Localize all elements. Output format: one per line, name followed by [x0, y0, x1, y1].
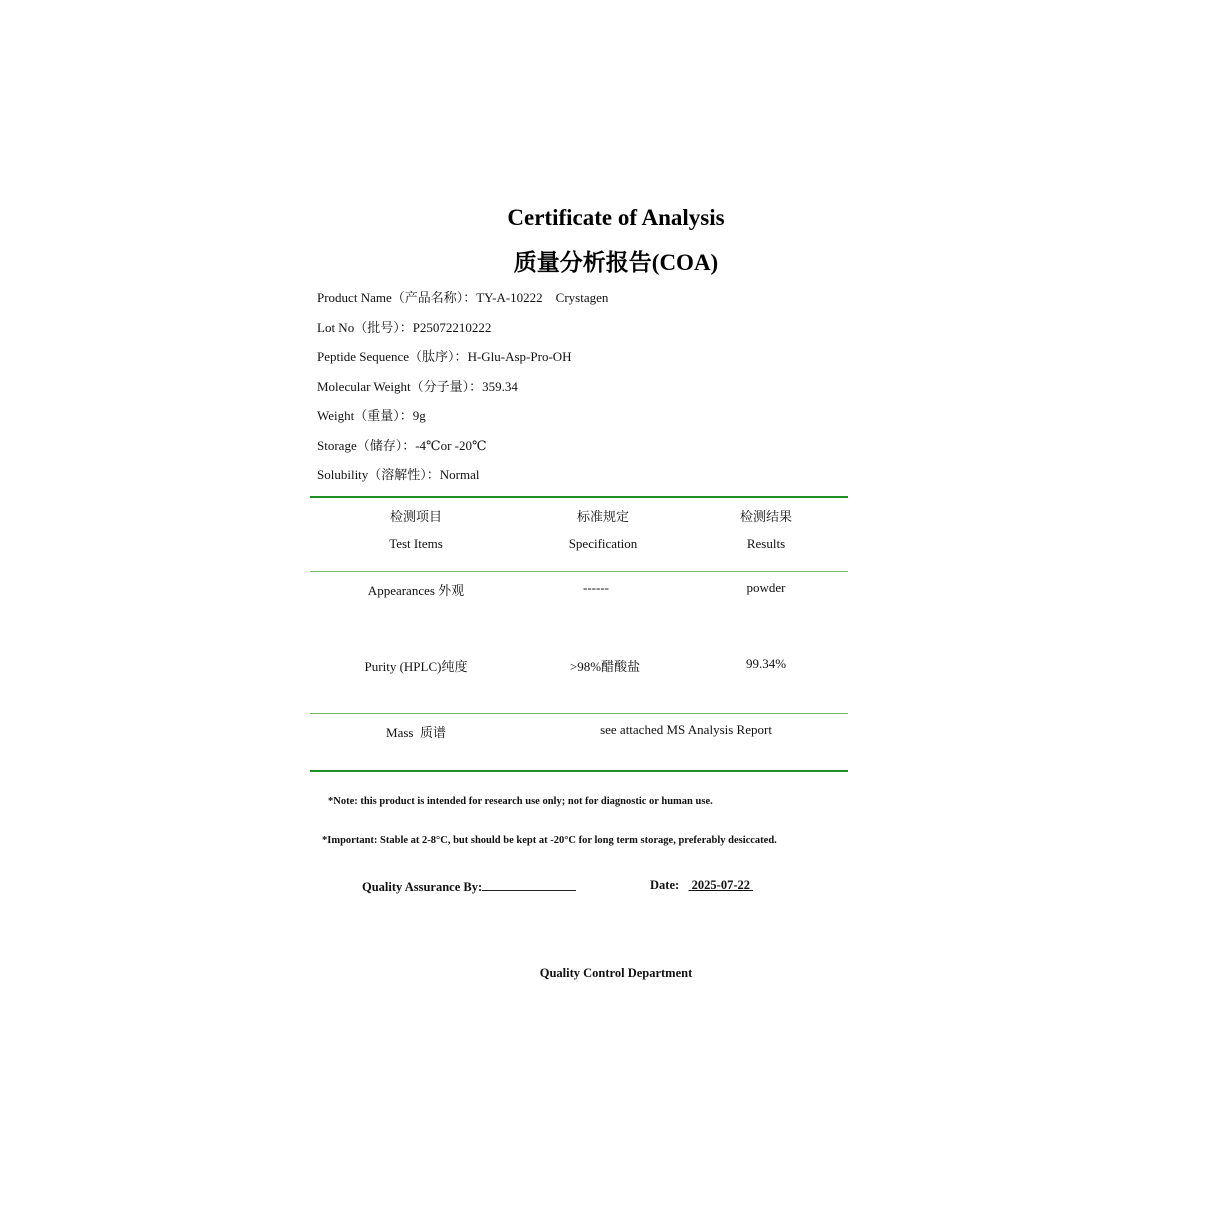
info-lot-no: Lot No（批号）：P25072210222 — [317, 317, 491, 336]
info-label: Lot No（批号）： — [317, 320, 413, 335]
cell-result: 99.34% — [746, 656, 786, 672]
info-molecular-weight: Molecular Weight（分子量）：359.34 — [317, 376, 518, 395]
table-top-border — [310, 496, 848, 498]
header-results: Results — [747, 536, 785, 552]
info-weight: Weight（重量）：9g — [317, 405, 426, 424]
info-value: TY-A-10222 Crystagen — [476, 290, 608, 305]
info-value: 9g — [413, 408, 426, 423]
info-solubility: Solubility（溶解性）：Normal — [317, 464, 480, 483]
info-label: Storage（储存）： — [317, 438, 415, 453]
date-field: Date: 2025-07-22 — [650, 878, 753, 893]
info-product-name: Product Name（产品名称）：TY-A-10222 Crystagen — [317, 287, 608, 306]
department-name: Quality Control Department — [0, 966, 1215, 981]
date-text: 2025-07-22 — [692, 878, 750, 892]
cell-item: Purity (HPLC)纯度 — [365, 656, 468, 675]
cell-spec: >98%醋酸盐 — [570, 656, 640, 675]
cell-spec: ------ — [583, 580, 609, 596]
info-value: P25072210222 — [413, 320, 492, 335]
storage-important-note: *Important: Stable at 2-8°C, but should … — [322, 835, 777, 846]
info-value: 359.34 — [482, 379, 518, 394]
header-specification-cn: 标准规定 — [577, 506, 629, 525]
header-test-items: Test Items — [389, 536, 443, 552]
cell-item: Appearances 外观 — [368, 580, 464, 599]
qa-signature-line — [482, 878, 576, 891]
header-results-cn: 检测结果 — [740, 506, 792, 525]
header-specification: Specification — [569, 536, 638, 552]
table-row-divider — [310, 713, 848, 714]
header-test-items-cn: 检测项目 — [390, 506, 442, 525]
title-chinese: 质量分析报告(COA) — [0, 244, 1215, 277]
table-bottom-border — [310, 770, 848, 772]
title-english: Certificate of Analysis — [0, 205, 1215, 231]
qa-label: Quality Assurance By: — [362, 880, 482, 894]
date-label: Date: — [650, 878, 679, 892]
info-value: H-Glu-Asp-Pro-OH — [468, 349, 572, 364]
qa-signature: Quality Assurance By: — [362, 878, 576, 895]
info-value: Normal — [440, 467, 480, 482]
research-use-note: *Note: this product is intended for rese… — [328, 796, 713, 807]
info-label: Solubility（溶解性）： — [317, 467, 440, 482]
info-label: Weight（重量）： — [317, 408, 413, 423]
cell-spec-result: see attached MS Analysis Report — [600, 722, 772, 738]
cell-result: powder — [747, 580, 786, 596]
info-value: -4℃or -20℃ — [415, 438, 486, 453]
info-label: Peptide Sequence（肽序）： — [317, 349, 468, 364]
date-value: 2025-07-22 — [689, 878, 754, 892]
info-label: Molecular Weight（分子量）： — [317, 379, 482, 394]
info-peptide-sequence: Peptide Sequence（肽序）：H-Glu-Asp-Pro-OH — [317, 346, 572, 365]
info-label: Product Name（产品名称）： — [317, 290, 476, 305]
table-header-divider — [310, 571, 848, 572]
info-storage: Storage（储存）：-4℃or -20℃ — [317, 435, 487, 454]
cell-item: Mass 质谱 — [386, 722, 446, 741]
